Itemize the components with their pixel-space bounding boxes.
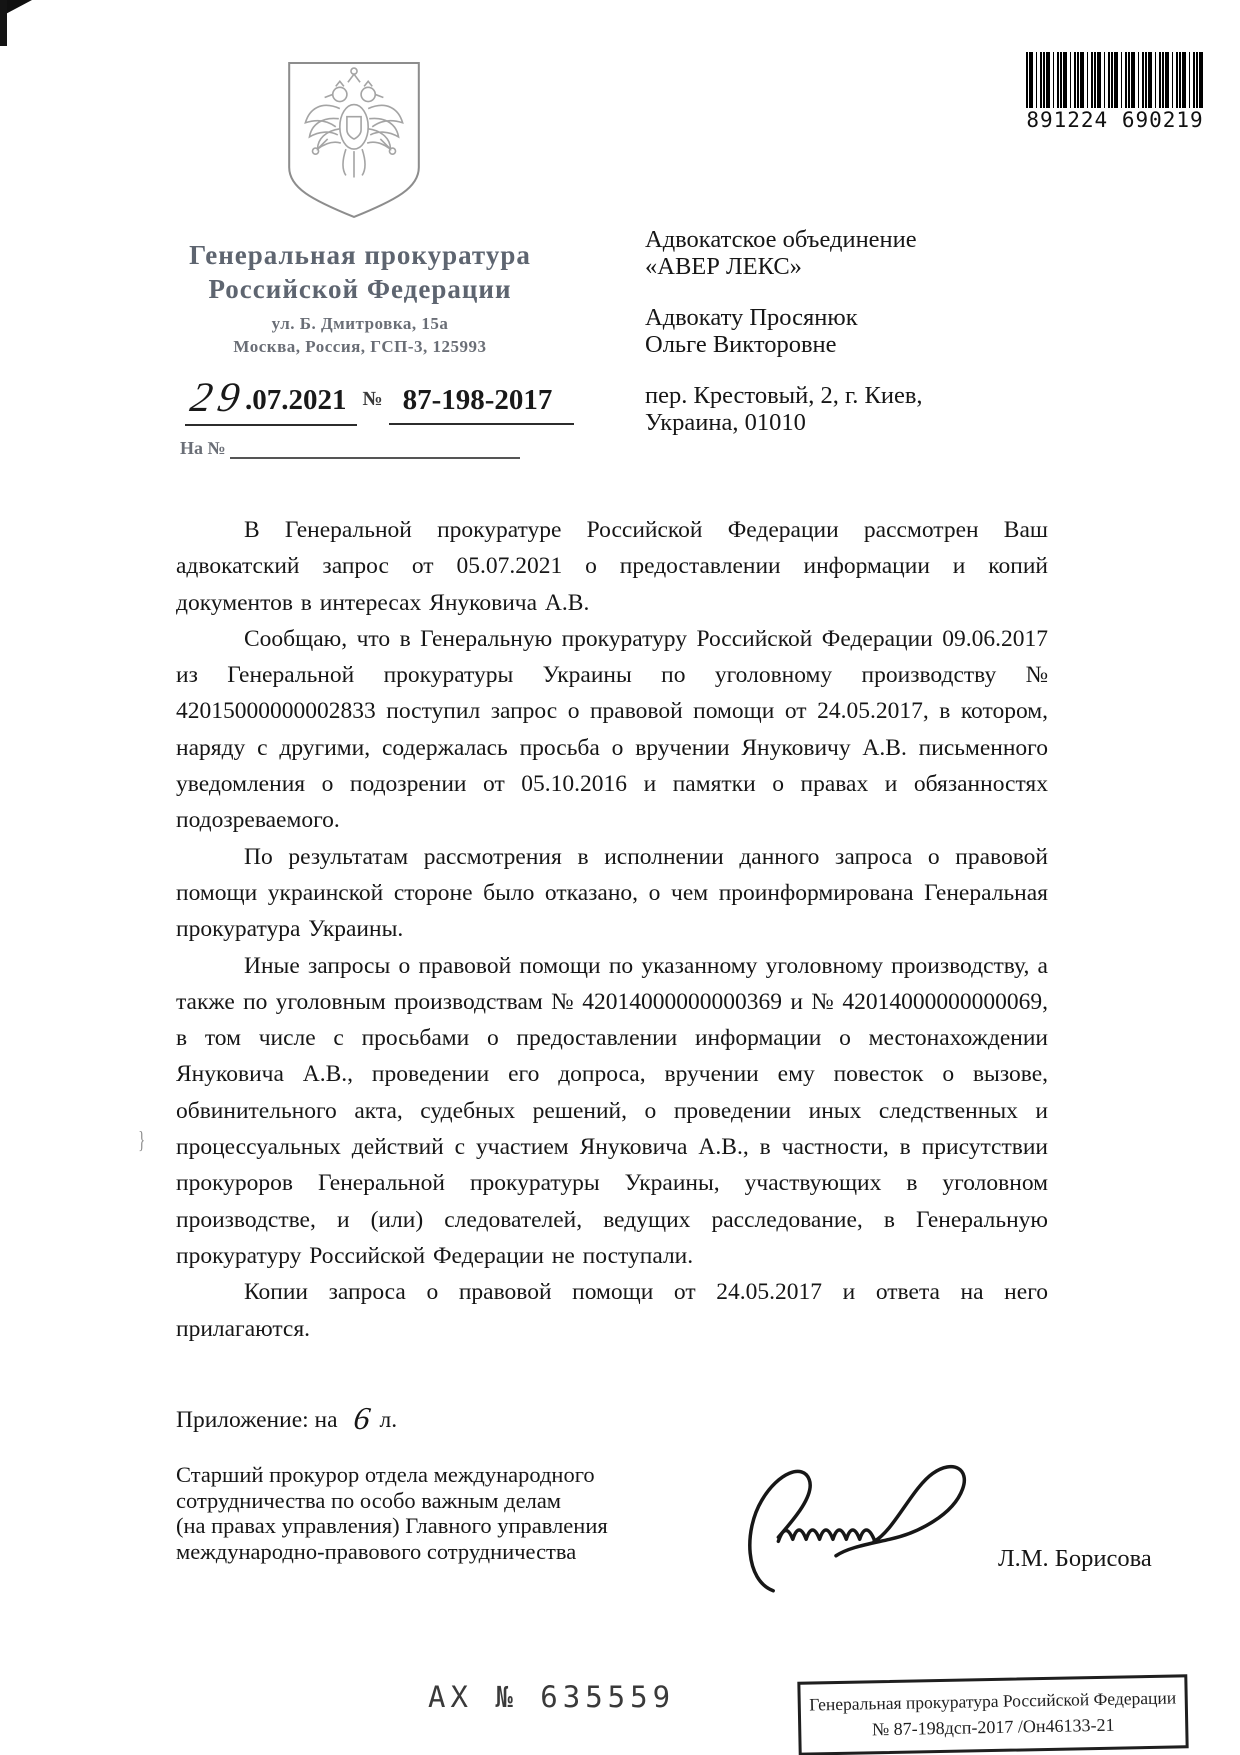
signer-name: Л.М. Борисова xyxy=(998,1545,1152,1573)
signer-title-line: (на правах управления) Главного управлен… xyxy=(176,1513,756,1539)
letter-body: В Генеральной прокуратуре Российской Фед… xyxy=(176,512,1048,1347)
body-paragraph: В Генеральной прокуратуре Российской Фед… xyxy=(176,512,1048,621)
document-number: 87-198-2017 xyxy=(389,384,575,425)
org-name-line2: Российской Федерации xyxy=(160,272,560,306)
attachment-suffix: л. xyxy=(380,1407,398,1433)
barcode-bars-icon xyxy=(1026,52,1204,112)
attachment-note: Приложение: на6л. xyxy=(176,1398,397,1435)
date-and-number-line: 29.07.2021№87-198-2017 xyxy=(185,372,574,426)
date-segment: 29.07.2021 xyxy=(185,372,357,426)
handwritten-signature xyxy=(716,1424,1026,1599)
letterhead-org-name: Генеральная прокуратура Российской Федер… xyxy=(160,238,560,306)
recipient-person: Адвокату Просянюк Ольге Викторовне xyxy=(645,304,923,358)
recipient-person-line2: Ольге Викторовне xyxy=(645,331,923,358)
body-paragraph: Иные запросы о правовой помощи по указан… xyxy=(176,948,1048,1275)
registry-stamp-box: Генеральная прокуратура Российской Федер… xyxy=(797,1674,1188,1755)
barcode: 891224 690219 xyxy=(1026,52,1204,132)
org-name-line1: Генеральная прокуратура xyxy=(160,238,560,272)
recipient-address-line1: пер. Крестовый, 2, г. Киев, xyxy=(645,382,923,409)
handwritten-page-count: 6 xyxy=(335,1400,382,1437)
barcode-digits: 891224 690219 xyxy=(1026,108,1204,132)
org-address-line2: Москва, Россия, ГСП-3, 125993 xyxy=(160,335,560,358)
recipient-organization: Адвокатское объединение «АВЕР ЛЕКС» xyxy=(645,226,923,280)
registration-stamp-number: АХ № 635559 xyxy=(428,1680,675,1714)
recipient-block: Адвокатское объединение «АВЕР ЛЕКС» Адво… xyxy=(645,226,923,460)
signer-title-line: международно-правового сотрудничества xyxy=(176,1539,756,1565)
date-rest: .07.2021 xyxy=(245,384,347,416)
recipient-org-line2: «АВЕР ЛЕКС» xyxy=(645,253,923,280)
signer-title-line: сотрудничества по особо важным делам xyxy=(176,1488,756,1514)
russia-coat-of-arms-icon xyxy=(283,60,425,220)
reference-number-line: На № xyxy=(180,438,520,459)
recipient-address: пер. Крестовый, 2, г. Киев, Украина, 010… xyxy=(645,382,923,436)
signer-title-block: Старший прокурор отдела международного с… xyxy=(176,1462,756,1564)
signer-title-line: Старший прокурор отдела международного xyxy=(176,1462,756,1488)
recipient-address-line2: Украина, 01010 xyxy=(645,409,923,436)
reference-blank-underline xyxy=(230,439,520,459)
scan-margin-artifact: } xyxy=(138,1128,145,1155)
body-paragraph: Копии запроса о правовой помощи от 24.05… xyxy=(176,1274,1048,1347)
handwritten-day: 29 xyxy=(187,374,249,422)
reference-label: На № xyxy=(180,438,226,458)
body-paragraph: Сообщаю, что в Генеральную прокуратуру Р… xyxy=(176,621,1048,839)
scan-corner-artifact xyxy=(0,0,7,46)
scanned-letter-page: } 891224 690219 xyxy=(0,0,1240,1755)
letterhead-address: ул. Б. Дмитровка, 15а Москва, Россия, ГС… xyxy=(160,312,560,358)
body-paragraph: По результатам рассмотрения в исполнении… xyxy=(176,839,1048,948)
number-sign: № xyxy=(357,388,389,410)
recipient-person-line1: Адвокату Просянюк xyxy=(645,304,923,331)
attachment-label: Приложение: на xyxy=(176,1407,338,1433)
recipient-org-line1: Адвокатское объединение xyxy=(645,226,923,253)
org-address-line1: ул. Б. Дмитровка, 15а xyxy=(160,312,560,335)
